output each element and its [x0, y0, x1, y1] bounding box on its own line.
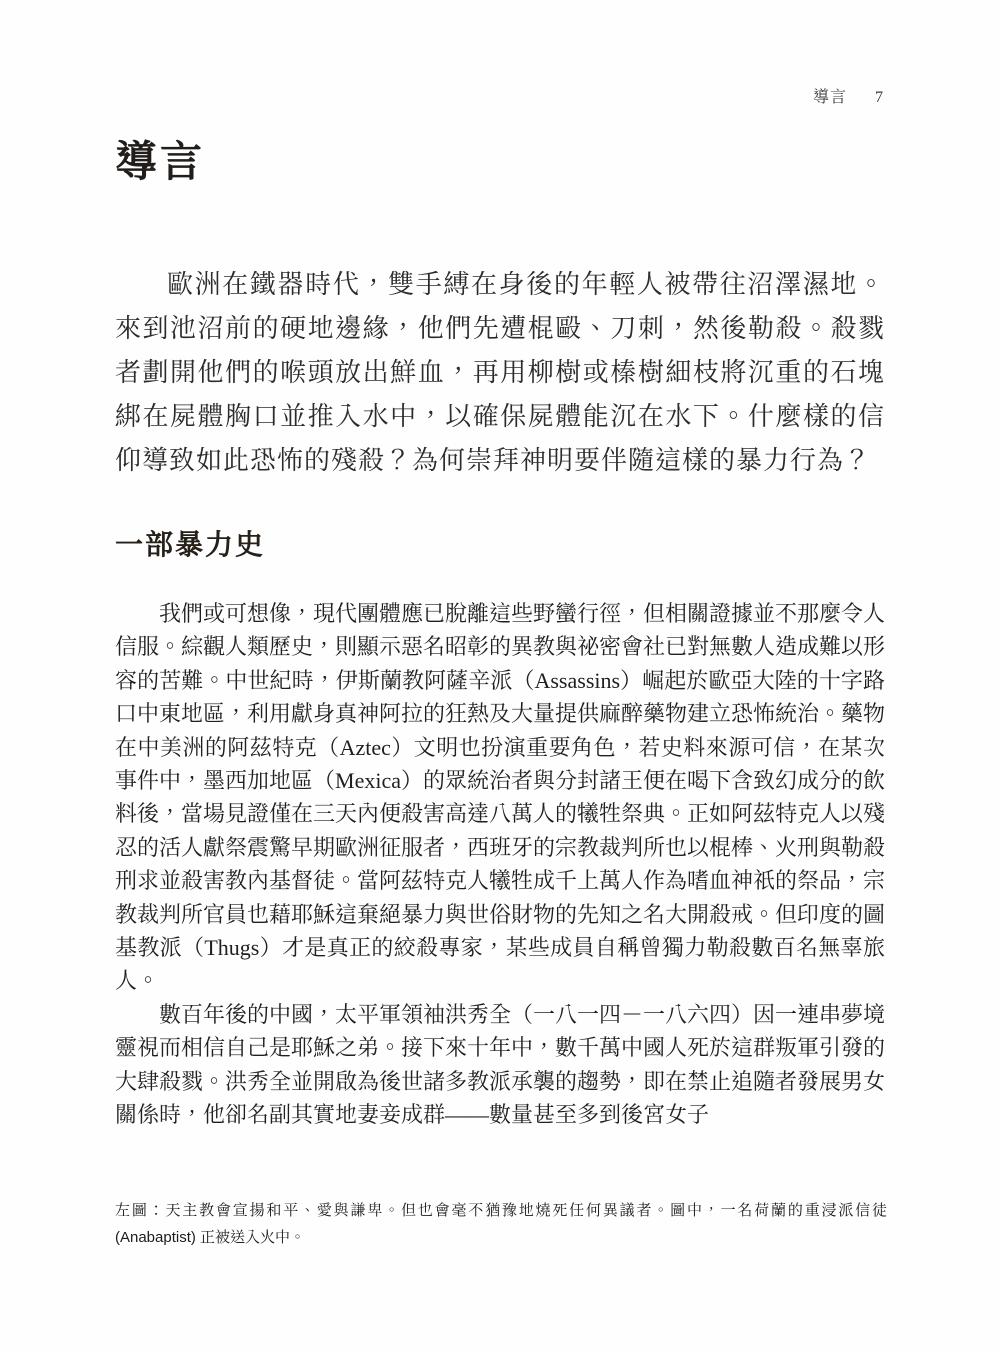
running-header-section: 導言 — [813, 89, 847, 106]
book-page: 導言7 導言 歐洲在鐵器時代，雙手縛在身後的年輕人被帶往沼澤濕地。來到池沼前的硬… — [0, 0, 1000, 1353]
running-header: 導言7 — [813, 84, 884, 107]
figure-caption: 左圖：天主教會宣揚和平、愛與謙卑。但也會毫不猶豫地燒死任何異議者。圖中，一名荷蘭… — [115, 1197, 887, 1251]
section-heading: 一部暴力史 — [115, 528, 265, 562]
intro-paragraph: 歐洲在鐵器時代，雙手縛在身後的年輕人被帶往沼澤濕地。來到池沼前的硬地邊緣，他們先… — [115, 263, 885, 483]
page-number: 7 — [875, 89, 884, 106]
body-paragraph: 數百年後的中國，太平軍領袖洪秀全（一八一四－一八六四）因一連串夢境靈視而相信自己… — [115, 998, 885, 1132]
chapter-title: 導言 — [115, 136, 205, 191]
body-paragraph: 我們或可想像，現代團體應已脫離這些野蠻行徑，但相關證據並不那麼令人信服。綜觀人類… — [115, 597, 885, 998]
body-text: 我們或可想像，現代團體應已脫離這些野蠻行徑，但相關證據並不那麼令人信服。綜觀人類… — [115, 597, 885, 1132]
